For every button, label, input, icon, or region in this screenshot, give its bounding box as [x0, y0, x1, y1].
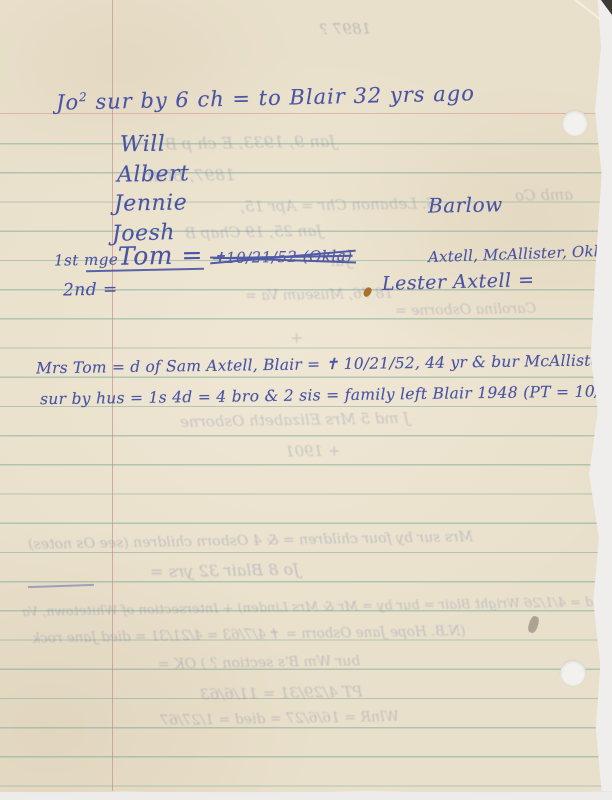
- heading-superscript: 2: [79, 90, 88, 104]
- ghost-text-line: Jan 9, 1933, E ch p B: [165, 132, 336, 154]
- ledger-paper: 1897 ? Jan 9, 1933, E ch p B 1897, Blair…: [0, 0, 612, 792]
- punch-hole-bottom: [560, 660, 586, 686]
- punch-hole-top: [562, 110, 588, 136]
- ghost-text-line: PT 4/29/31 = 11/6/63: [200, 683, 363, 704]
- ghost-text-line: Jan 25, 19 Chap B: [185, 222, 323, 242]
- first-marriage-label: 1st mge: [54, 250, 119, 269]
- heading-subject: Jo: [56, 90, 80, 115]
- child-name-tom: Tom =: [118, 240, 203, 270]
- ghost-text-line: + 1901: [285, 442, 341, 461]
- second-marriage-label: 2nd =: [63, 280, 118, 301]
- spouse-name-barlow: Barlow: [428, 192, 503, 217]
- second-marriage-name: Lester Axtell =: [382, 269, 535, 295]
- ghost-text-line: 1897 ?: [320, 20, 371, 39]
- ghost-text-line: Carolina Osborne =: [395, 301, 536, 319]
- ghost-text-line: Jo 8 Blair 32 yrs =: [150, 560, 300, 582]
- ghost-text-line: amb Co: [515, 185, 573, 204]
- child-name-jennie: Jennie: [114, 190, 188, 216]
- struck-out-note: ✝10/21/52 (Okla): [213, 247, 353, 267]
- ghost-text-line: +: [290, 328, 304, 347]
- struck-out-text: ✝10/21/52 (Okla): [213, 247, 353, 267]
- heading-rest: sur by 6 ch = to Blair 32 yrs ago: [87, 81, 475, 114]
- child-name-will: Will: [120, 132, 166, 158]
- ghost-text-line: S. Lebanon Chr = Apr 15,: [240, 194, 437, 215]
- scanned-page: 1897 ? Jan 9, 1933, E ch p B 1897, Blair…: [0, 0, 612, 800]
- heading-line: Jo2 sur by 6 ch = to Blair 32 yrs ago: [56, 81, 475, 114]
- child-name-albert: Albert: [117, 161, 190, 187]
